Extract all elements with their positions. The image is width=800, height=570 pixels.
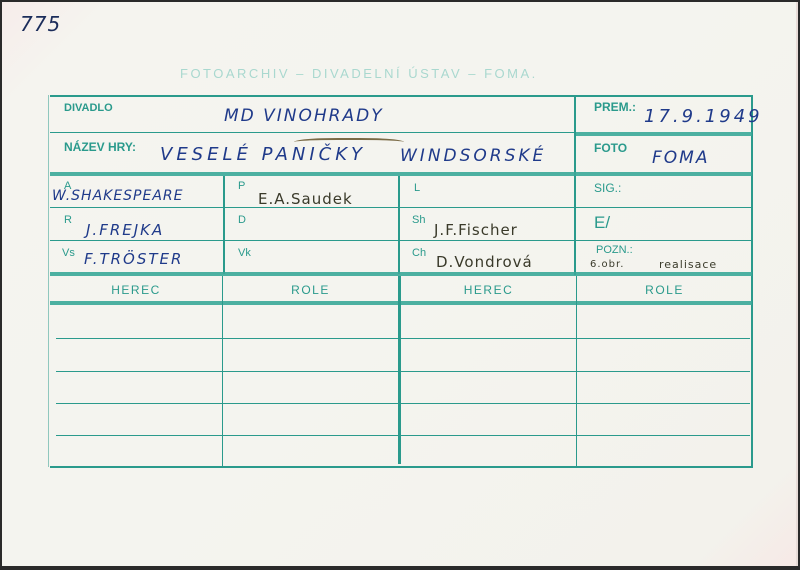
stamp-header: FOTOARCHIV – DIVADELNÍ ÚSTAV – FOMA. (180, 66, 538, 81)
frame-left (48, 95, 49, 467)
label-sig: SIG.: (594, 181, 621, 195)
label-nazev-hry: NÁZEV HRY: (64, 140, 136, 154)
label-pozn: POZN.: (596, 244, 633, 256)
value-pozn-right: realisace (659, 258, 717, 271)
label-vs: Vs (62, 247, 75, 259)
divider-nazev (50, 172, 752, 176)
value-pozn-left: 6.obr. (590, 259, 624, 270)
divider-prem (576, 132, 752, 136)
value-foto: FOMA (652, 148, 709, 168)
value-r: J.FREJKA (86, 221, 164, 239)
catalog-number: 775 (20, 12, 61, 36)
value-prem: 17.9.1949 (644, 106, 763, 127)
value-a: W.SHAKESPEARE (52, 188, 184, 204)
divider-middle-bottom (50, 272, 752, 276)
value-sh: J.F.Fischer (434, 221, 518, 239)
label-divadlo: DIVADLO (64, 102, 113, 114)
label-vk: Vk (238, 247, 251, 259)
divider-row-a (50, 207, 752, 208)
divider-divadlo (50, 132, 574, 133)
table-row[interactable] (50, 436, 752, 466)
archive-card: 775 FOTOARCHIV – DIVADELNÍ ÚSTAV – FOMA.… (2, 2, 798, 566)
label-prem: PREM.: (594, 100, 636, 114)
pencil-insertion-mark (294, 138, 404, 148)
value-nazev-hry-part2: WINDSORSKÉ (400, 146, 546, 166)
table-header-herec-2: HEREC (401, 283, 576, 297)
label-e: E/ (594, 213, 610, 233)
label-ch: Ch (412, 247, 426, 259)
label-r: R (64, 214, 72, 226)
label-foto: FOTO (594, 141, 627, 155)
frame-top (50, 95, 752, 97)
divider-prem-column (574, 95, 576, 275)
table-row[interactable] (50, 372, 752, 403)
label-sh: Sh (412, 214, 425, 226)
value-vs: F.TRÖSTER (84, 250, 183, 268)
frame-bottom (50, 466, 753, 468)
label-l: L (414, 182, 420, 194)
table-row[interactable] (50, 339, 752, 371)
value-p: E.A.Saudek (258, 190, 353, 208)
table-header-role-1: ROLE (223, 283, 398, 297)
label-p: P (238, 180, 245, 192)
divider-col2 (398, 176, 400, 274)
table-header-role-2: ROLE (577, 283, 752, 297)
value-ch: D.Vondrová (436, 253, 533, 271)
divider-row-r (50, 240, 752, 241)
value-divadlo: MD VINOHRADY (224, 106, 384, 126)
table-row[interactable] (50, 404, 752, 435)
divider-col1 (223, 176, 225, 274)
label-d: D (238, 214, 246, 226)
table-header-herec-1: HEREC (50, 283, 222, 297)
table-row[interactable] (50, 305, 752, 338)
